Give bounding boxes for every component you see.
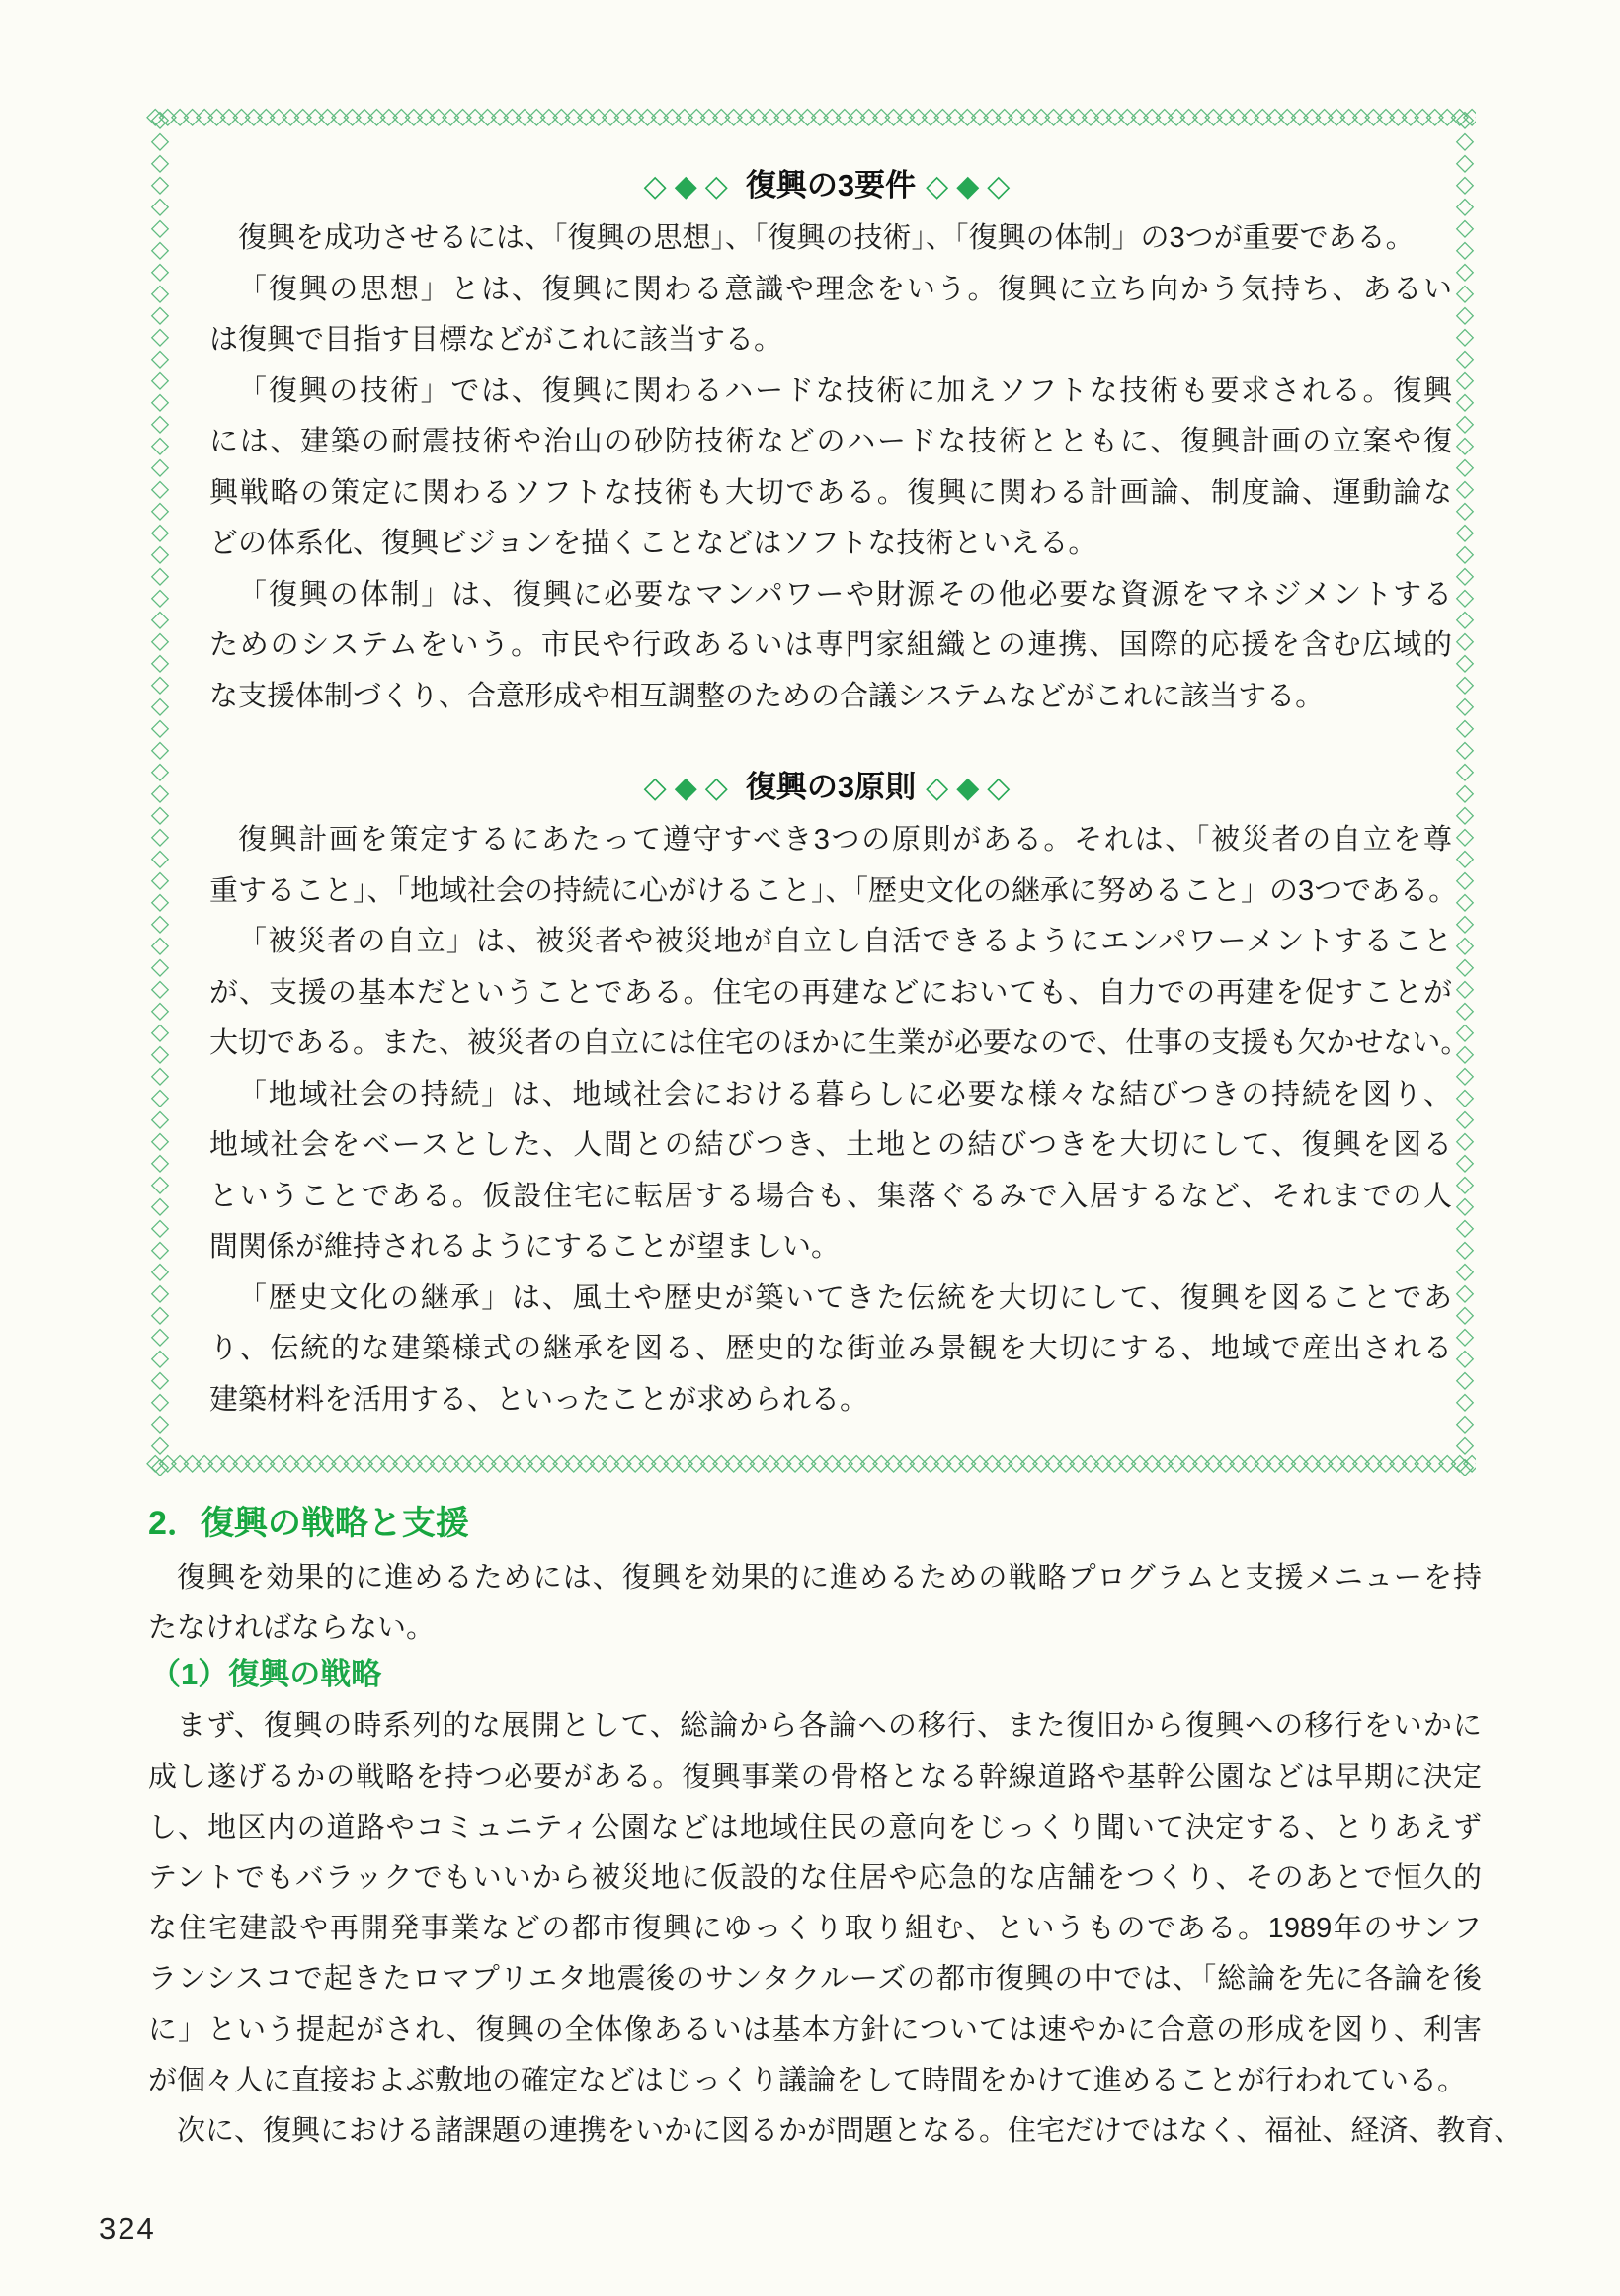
page-number: 324 <box>99 2211 156 2247</box>
box2-title: 復興の3原則 <box>746 770 916 804</box>
text-line: 大切である。また、被災者の自立には住宅のほかに生業が必要なので、仕事の支援も欠か… <box>209 1019 1452 1070</box>
section-heading: 2．復興の戦略と支援 <box>148 1504 1482 1543</box>
text-line: 「被災者の自立」は、被災者や被災地が自立し自活できるようにエンパワーメントするこ… <box>209 917 1452 968</box>
text-line: は復興で目指す目標などがこれに該当する。 <box>209 315 1452 367</box>
text-line: たなければならない。 <box>148 1603 1482 1654</box>
text-line: 「復興の技術」では、復興に関わるハードな技術に加えソフトな技術も要求される。復興 <box>209 367 1452 418</box>
text-line: 次に、復興における諸課題の連携をいかに図るかが問題となる。住宅だけではなく、福祉… <box>148 2106 1482 2157</box>
text-line: 「復興の体制」は、復興に必要なマンパワーや財源その他必要な資源をマネジメントする <box>209 570 1452 621</box>
section-intro: 復興を効果的に進めるためには、復興を効果的に進めるための戦略プログラムと支援メニ… <box>148 1553 1482 1654</box>
book-page: ◇◇◇◇◇◇◇◇◇◇◇◇◇◇◇◇◇◇◇◇◇◇◇◇◇◇◇◇◇◇◇◇◇◇◇◇◇◇◇◇… <box>0 0 1620 2296</box>
text-line: テントでもバラックでもいいから被災地に仮設的な住居や応急的な店舗をつくり、そのあ… <box>148 1853 1482 1904</box>
text-line: どの体系化、復興ビジョンを描くことなどはソフトな技術といえる。 <box>209 519 1452 570</box>
text-line: し、地区内の道路やコミュニティ公園などは地域住民の意向をじっくり聞いて決定する、… <box>148 1803 1482 1853</box>
text-line: 「歴史文化の継承」は、風土や歴史が築いてきた伝統を大切にして、復興を図ることであ <box>209 1273 1452 1325</box>
diamond-border-top: ◇◇◇◇◇◇◇◇◇◇◇◇◇◇◇◇◇◇◇◇◇◇◇◇◇◇◇◇◇◇◇◇◇◇◇◇◇◇◇◇… <box>146 105 1476 129</box>
box-content: ◇◆◇復興の3要件◇◆◇ 復興を成功させるには、「復興の思想」、「復興の技術」、… <box>209 132 1452 1426</box>
diamond-border-bottom: ◇◇◇◇◇◇◇◇◇◇◇◇◇◇◇◇◇◇◇◇◇◇◇◇◇◇◇◇◇◇◇◇◇◇◇◇◇◇◇◇… <box>146 1451 1476 1476</box>
text-line: 復興を効果的に進めるためには、復興を効果的に進めるための戦略プログラムと支援メニ… <box>148 1553 1482 1603</box>
box1-title: 復興の3要件 <box>746 168 916 203</box>
box1-paragraphs: 復興を成功させるには、「復興の思想」、「復興の技術」、「復興の体制」の3つが重要… <box>209 213 1452 722</box>
highlight-box: ◇◇◇◇◇◇◇◇◇◇◇◇◇◇◇◇◇◇◇◇◇◇◇◇◇◇◇◇◇◇◇◇◇◇◇◇◇◇◇◇… <box>146 105 1476 1476</box>
text-line: り、伝統的な建築様式の継承を図る、歴史的な街並み景観を大切にする、地域で産出され… <box>209 1324 1452 1375</box>
text-line: 地域社会をベースとした、人間との結びつき、土地との結びつきを大切にして、復興を図… <box>209 1120 1452 1172</box>
diamond-decor-icon: ◇◆◇ <box>926 772 1017 804</box>
text-line: 間関係が維持されるようにすることが望ましい。 <box>209 1222 1452 1273</box>
text-line: が、支援の基本だということである。住宅の再建などにおいても、自力での再建を促すこ… <box>209 968 1452 1020</box>
text-line: が個々人に直接およぶ敷地の確定などはじっくり議論をして時間をかけて進めることが行… <box>148 2056 1482 2106</box>
text-line: には、建築の耐震技術や治山の砂防技術などのハードな技術とともに、復興計画の立案や… <box>209 417 1452 468</box>
diamond-border-left: ◇◇◇◇◇◇◇◇◇◇◇◇◇◇◇◇◇◇◇◇◇◇◇◇◇◇◇◇◇◇◇◇◇◇◇◇◇◇◇◇… <box>146 105 171 1476</box>
subsection-heading: （1）復興の戦略 <box>150 1654 1482 1695</box>
diamond-decor-icon: ◇◆◇ <box>926 170 1017 203</box>
main-text: 2．復興の戦略と支援 復興を効果的に進めるためには、復興を効果的に進めるための戦… <box>148 1504 1482 2157</box>
diamond-decor-icon: ◇◆◇ <box>644 772 736 804</box>
text-line: 建築材料を活用する、といったことが求められる。 <box>209 1375 1452 1427</box>
text-line: ということである。仮設住宅に転居する場合も、集落ぐるみで入居するなど、それまでの… <box>209 1172 1452 1223</box>
text-line: 「復興の思想」とは、復興に関わる意識や理念をいう。復興に立ち向かう気持ち、あるい <box>209 265 1452 316</box>
subsection-body: まず、復興の時系列的な展開として、総論から各論への移行、また復旧から復興への移行… <box>148 1701 1482 2157</box>
text-line: な住宅建設や再開発事業などの都市復興にゆっくり取り組む、というものである。198… <box>148 1904 1482 1954</box>
diamond-decor-icon: ◇◆◇ <box>644 170 736 203</box>
text-line: 成し遂げるかの戦略を持つ必要がある。復興事業の骨格となる幹線道路や基幹公園などは… <box>148 1753 1482 1803</box>
box2-paragraphs: 復興計画を策定するにあたって遵守すべき3つの原則がある。それは、「被災者の自立を… <box>209 815 1452 1426</box>
text-line: ためのシステムをいう。市民や行政あるいは専門家組織との連携、国際的応援を含む広域… <box>209 620 1452 672</box>
text-line: 復興計画を策定するにあたって遵守すべき3つの原則がある。それは、「被災者の自立を… <box>209 815 1452 866</box>
text-line: 「地域社会の持続」は、地域社会における暮らしに必要な様々な結びつきの持続を図り、 <box>209 1070 1452 1121</box>
text-line: 復興を成功させるには、「復興の思想」、「復興の技術」、「復興の体制」の3つが重要… <box>209 213 1452 265</box>
text-line: 興戦略の策定に関わるソフトな技術も大切である。復興に関わる計画論、制度論、運動論… <box>209 468 1452 520</box>
diamond-border-right: ◇◇◇◇◇◇◇◇◇◇◇◇◇◇◇◇◇◇◇◇◇◇◇◇◇◇◇◇◇◇◇◇◇◇◇◇◇◇◇◇… <box>1451 105 1476 1476</box>
text-line: まず、復興の時系列的な展開として、総論から各論への移行、また復旧から復興への移行… <box>148 1701 1482 1752</box>
box2-title-row: ◇◆◇復興の3原則◇◆◇ <box>209 760 1452 815</box>
text-line: 重すること」、「地域社会の持続に心がけること」、「歴史文化の継承に努めること」の… <box>209 866 1452 918</box>
text-line: な支援体制づくり、合意形成や相互調整のための合議システムなどがこれに該当する。 <box>209 672 1452 723</box>
text-line: に」という提起がされ、復興の全体像あるいは基本方針については速やかに合意の形成を… <box>148 2006 1482 2056</box>
text-line: ランシスコで起きたロマプリエタ地震後のサンタクルーズの都市復興の中では、「総論を… <box>148 1954 1482 2005</box>
box1-title-row: ◇◆◇復興の3要件◇◆◇ <box>209 158 1452 213</box>
